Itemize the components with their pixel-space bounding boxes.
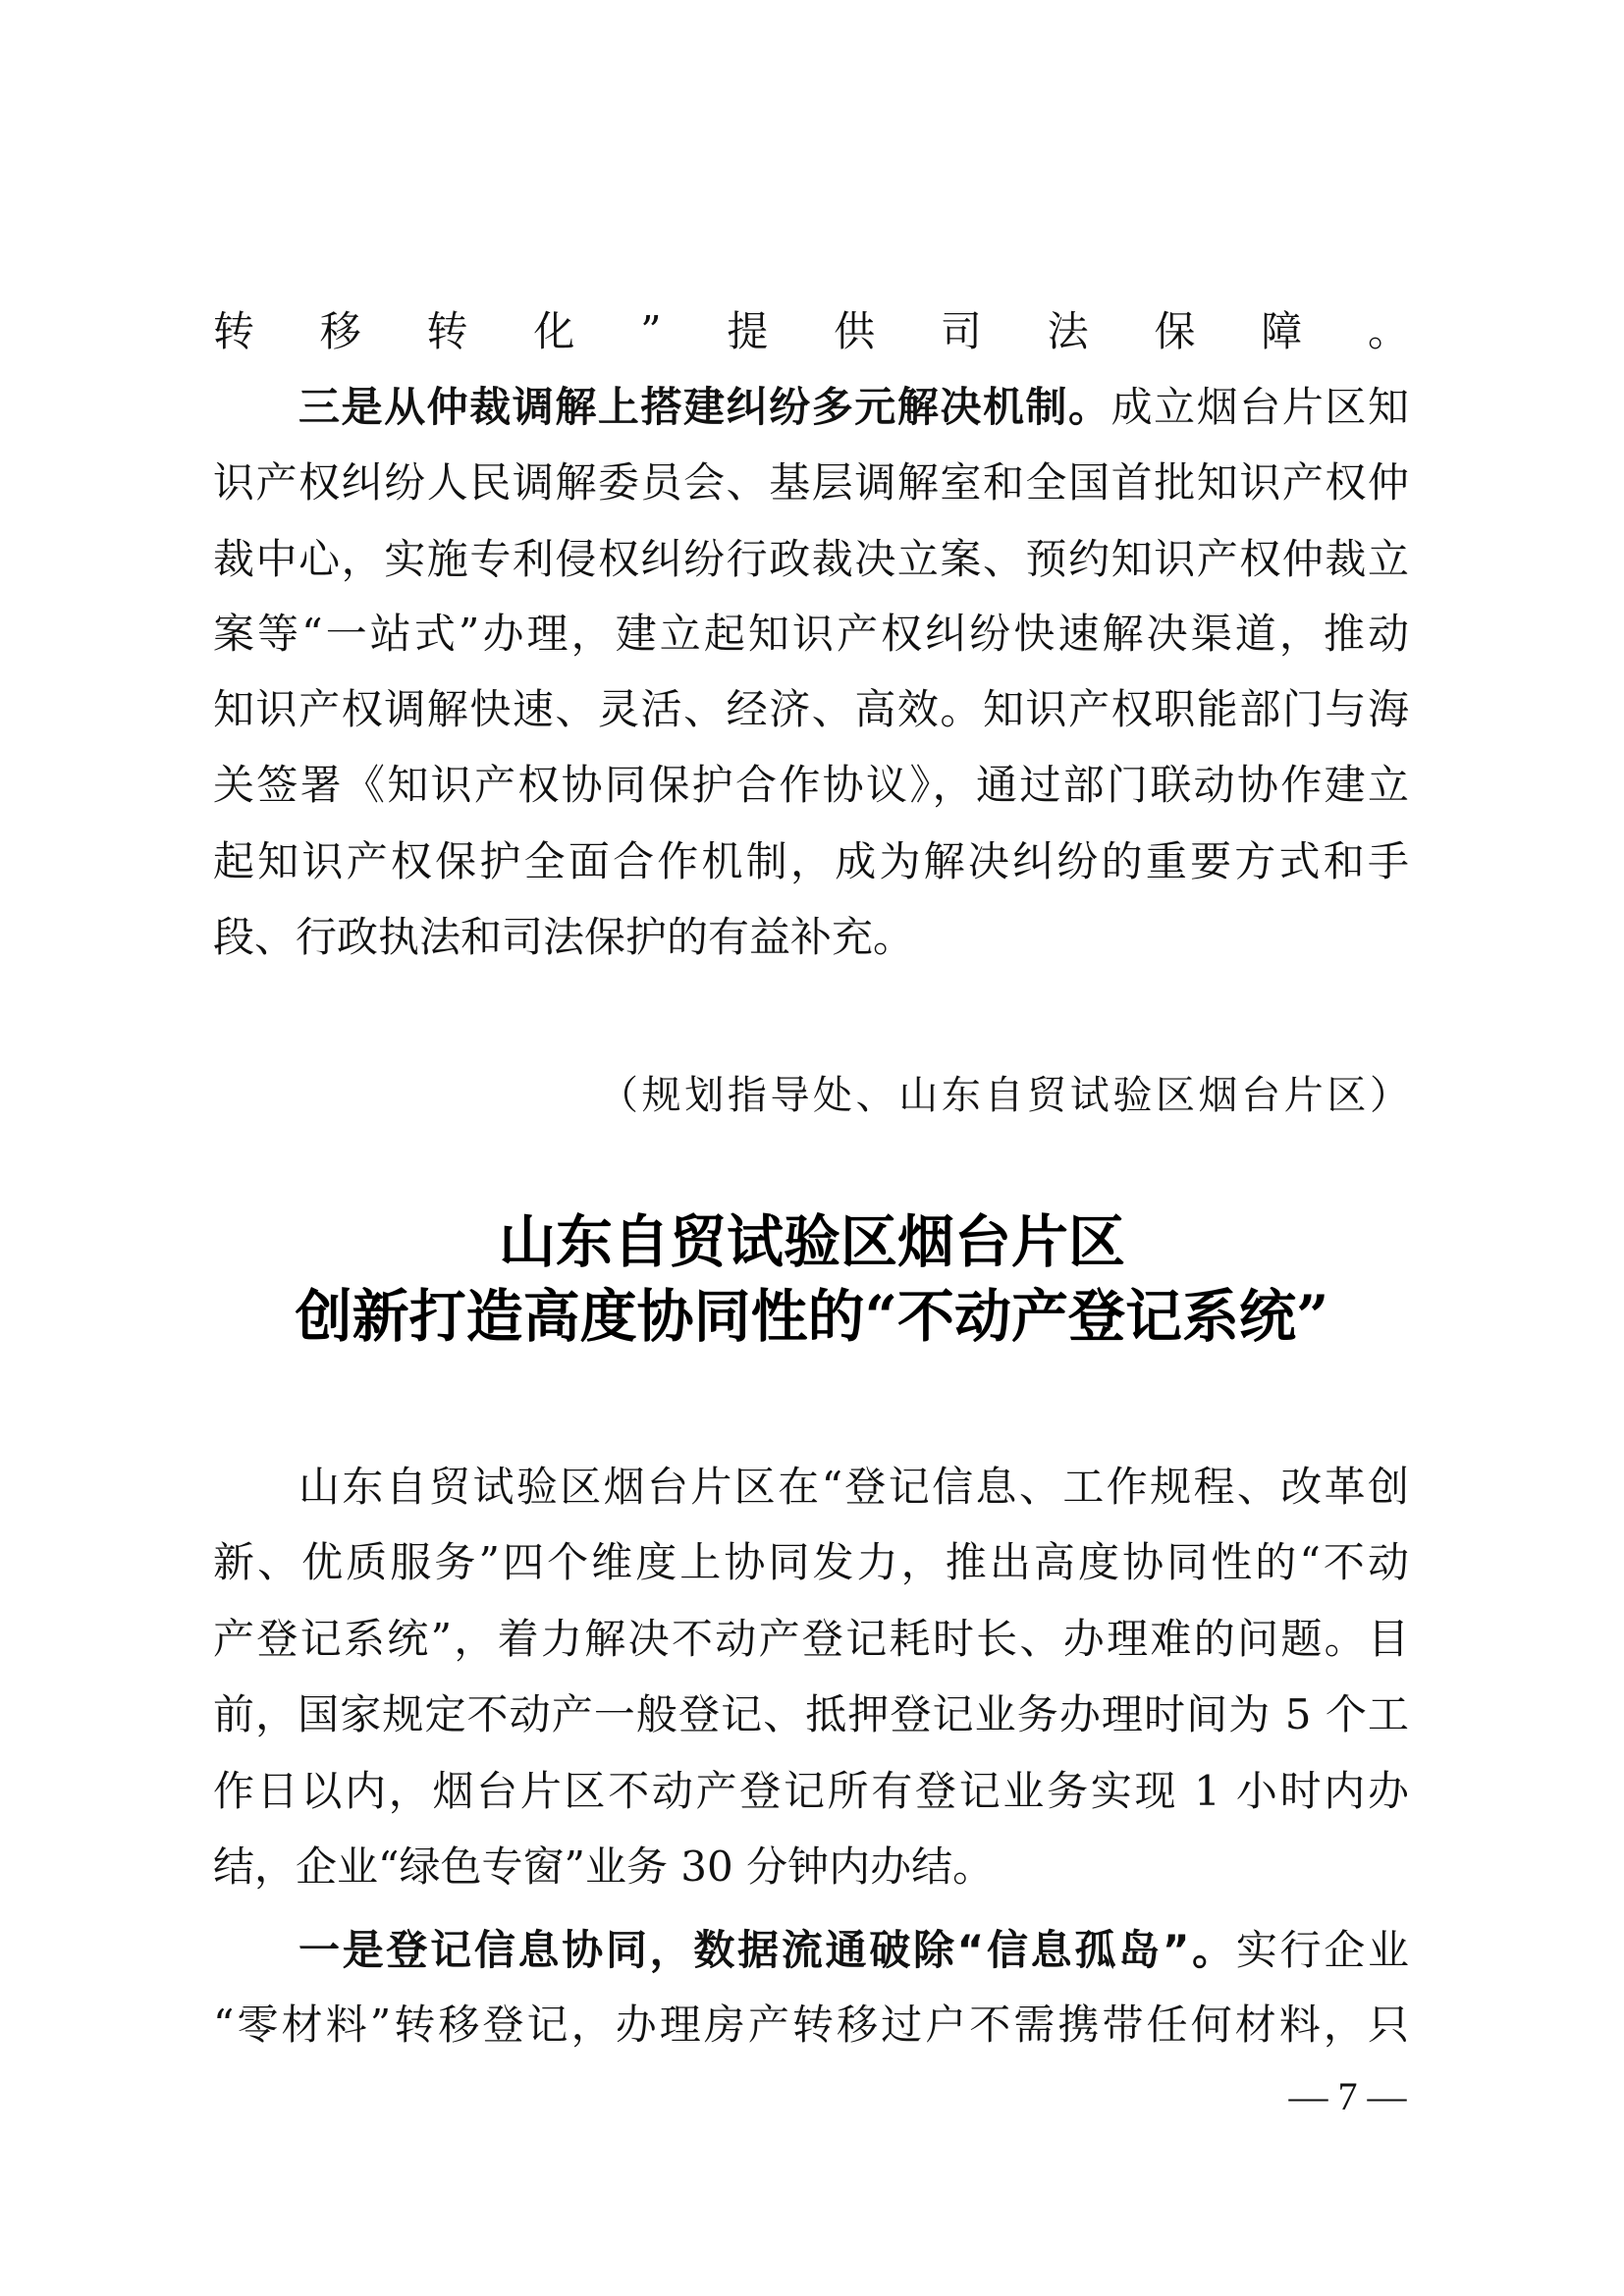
paragraph-line: 新、优质服务”四个维度上协同发力，推出高度协同性的“不动 [213,1539,1409,1586]
paragraph-line: 结，企业“绿色专窗”业务 30 分钟内办结。 [213,1843,1409,1891]
body-text: 成立烟台片区知 [1111,383,1409,431]
document-page: 转移转化”提供司法保障。 三是从仲裁调解上搭建纠纷多元解决机制。成立烟台片区知 … [0,0,1624,2296]
article-title-line2: 创新打造高度协同性的“不动产登记系统” [0,1284,1624,1349]
paragraph-line: 一是登记信息协同，数据流通破除“信息孤岛”。实行企业 [298,1927,1409,1974]
paragraph-line: 知识产权调解快速、灵活、经济、高效。知识产权职能部门与海 [213,686,1409,733]
paragraph-line: 段、行政执法和司法保护的有益补充。 [213,914,1409,961]
paragraph-line: 起知识产权保护全面合作机制，成为解决纠纷的重要方式和手 [213,838,1409,885]
paragraph-line: 识产权纠纷人民调解委员会、基层调解室和全国首批知识产权仲 [213,459,1409,507]
paragraph-line: 山东自贸试验区烟台片区在“登记信息、工作规程、改革创 [298,1464,1409,1511]
paragraph-line: 前，国家规定不动产一般登记、抵押登记业务办理时间为 5 个工 [213,1691,1409,1738]
page-number: — 7 — [1276,2073,1419,2120]
paragraph-line: 转移转化”提供司法保障。 [213,308,1409,355]
paragraph-line: 案等“一站式”办理，建立起知识产权纠纷快速解决渠道，推动 [213,611,1409,658]
section-heading-three: 三是从仲裁调解上搭建纠纷多元解决机制。 [298,383,1111,431]
paragraph-line: 作日以内，烟台片区不动产登记所有登记业务实现 1 小时内办 [213,1768,1409,1815]
paragraph-line: 关签署《知识产权协同保护合作协议》，通过部门联动协作建立 [213,762,1409,809]
paragraph-line: 三是从仲裁调解上搭建纠纷多元解决机制。成立烟台片区知 [298,384,1409,431]
article-title-line1: 山东自贸试验区烟台片区 [0,1209,1624,1274]
body-text: 转移转化”提供司法保障。 [213,307,1409,355]
paragraph-line: 产登记系统”，着力解决不动产登记耗时长、办理难的问题。目 [213,1616,1409,1663]
section-heading-one: 一是登记信息协同，数据流通破除“信息孤岛”。 [298,1926,1236,1974]
paragraph-line: “零材料”转移登记，办理房产转移过户不需携带任何材料，只 [213,2002,1409,2049]
body-text: 实行企业 [1236,1926,1409,1974]
paragraph-line: 裁中心，实施专利侵权纠纷行政裁决立案、预约知识产权仲裁立 [213,536,1409,583]
attribution: （规划指导处、山东自贸试验区烟台片区） [599,1072,1409,1119]
